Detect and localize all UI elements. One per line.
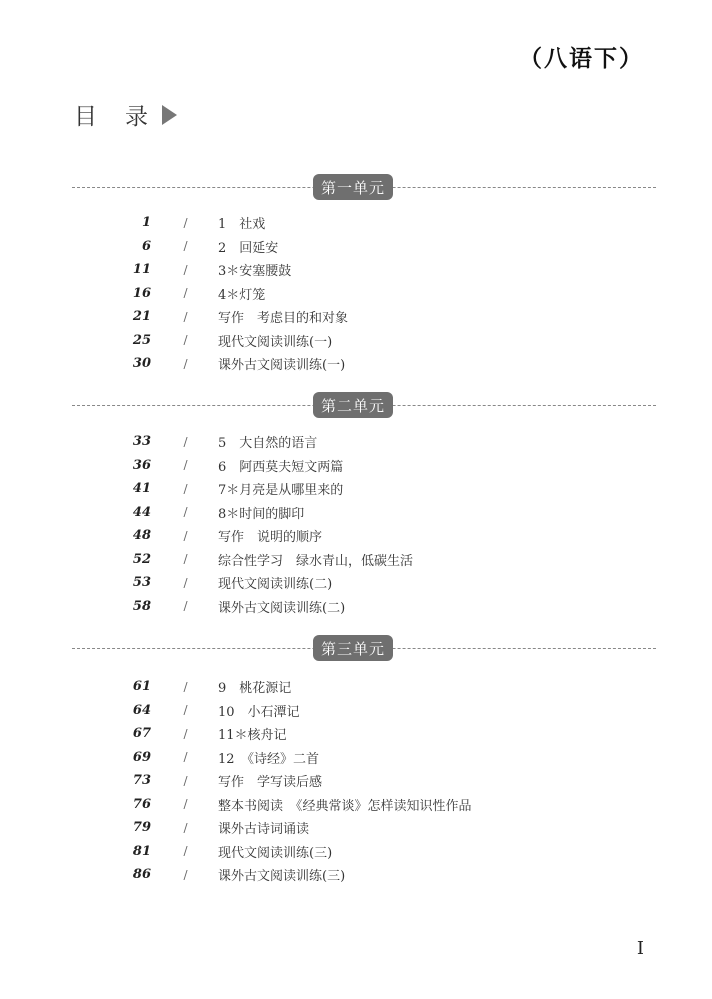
entry-title: 现代文阅读训练(二) bbox=[218, 573, 332, 592]
separator: / bbox=[151, 357, 218, 371]
separator: / bbox=[151, 868, 218, 882]
unit-header-1: 第一单元 bbox=[72, 174, 656, 200]
separator: / bbox=[151, 333, 218, 347]
page-number: 81 bbox=[0, 844, 151, 859]
title-char-2: 录 bbox=[125, 98, 148, 131]
toc-entry[interactable]: 16/4＊灯笼 bbox=[0, 282, 712, 306]
page-number: 41 bbox=[0, 481, 151, 496]
toc-entry[interactable]: 69/12 《诗经》二首 bbox=[0, 746, 712, 770]
page-number: 61 bbox=[0, 679, 151, 694]
entry-title: 10 小石潭记 bbox=[218, 701, 300, 720]
separator: / bbox=[151, 239, 218, 253]
separator: / bbox=[151, 505, 218, 519]
entry-title: 课外古文阅读训练(二) bbox=[218, 597, 345, 616]
page-number: 44 bbox=[0, 505, 151, 520]
entry-title: 写作 考虑目的和对象 bbox=[218, 307, 348, 326]
page-number: 6 bbox=[0, 239, 151, 254]
page-number: 79 bbox=[0, 820, 151, 835]
separator: / bbox=[151, 750, 218, 764]
separator: / bbox=[151, 680, 218, 694]
unit-header-2: 第二单元 bbox=[72, 392, 656, 418]
unit-1-entries: 1/1 社戏 6/2 回延安 11/3＊安塞腰鼓 16/4＊灯笼 21/写作 考… bbox=[0, 211, 712, 376]
page-number: 76 bbox=[0, 797, 151, 812]
unit-badge: 第一单元 bbox=[313, 174, 393, 200]
entry-title: 7＊月亮是从哪里来的 bbox=[218, 479, 343, 498]
page-number: 48 bbox=[0, 528, 151, 543]
page-number: 1 bbox=[0, 215, 151, 230]
separator: / bbox=[151, 263, 218, 277]
page-number: 16 bbox=[0, 286, 151, 301]
toc-entry[interactable]: 86/课外古文阅读训练(三) bbox=[0, 863, 712, 887]
separator: / bbox=[151, 599, 218, 613]
toc-entry[interactable]: 11/3＊安塞腰鼓 bbox=[0, 258, 712, 282]
separator: / bbox=[151, 797, 218, 811]
separator: / bbox=[151, 844, 218, 858]
toc-entry[interactable]: 33/5 大自然的语言 bbox=[0, 430, 712, 454]
title-char-1: 目 bbox=[74, 98, 97, 131]
page-number: 73 bbox=[0, 773, 151, 788]
entry-title: 5 大自然的语言 bbox=[218, 432, 317, 451]
toc-entry[interactable]: 21/写作 考虑目的和对象 bbox=[0, 305, 712, 329]
entry-title: 1 社戏 bbox=[218, 213, 265, 232]
entry-title: 综合性学习 绿水青山，低碳生活 bbox=[218, 550, 413, 569]
separator: / bbox=[151, 703, 218, 717]
toc-entry[interactable]: 64/10 小石潭记 bbox=[0, 699, 712, 723]
separator: / bbox=[151, 552, 218, 566]
page-number: 21 bbox=[0, 309, 151, 324]
separator: / bbox=[151, 576, 218, 590]
entry-title: 现代文阅读训练(一) bbox=[218, 331, 332, 350]
entry-title: 整本书阅读 《经典常谈》怎样读知识性作品 bbox=[218, 795, 472, 814]
page-number: 52 bbox=[0, 552, 151, 567]
separator: / bbox=[151, 435, 218, 449]
toc-entry[interactable]: 1/1 社戏 bbox=[0, 211, 712, 235]
toc-entry[interactable]: 53/现代文阅读训练(二) bbox=[0, 571, 712, 595]
unit-badge: 第三单元 bbox=[313, 635, 393, 661]
toc-entry[interactable]: 73/写作 学写读后感 bbox=[0, 769, 712, 793]
toc-entry[interactable]: 48/写作 说明的顺序 bbox=[0, 524, 712, 548]
toc-entry[interactable]: 76/整本书阅读 《经典常谈》怎样读知识性作品 bbox=[0, 793, 712, 817]
separator: / bbox=[151, 458, 218, 472]
unit-3-entries: 61/9 桃花源记 64/10 小石潭记 67/11＊核舟记 69/12 《诗经… bbox=[0, 675, 712, 887]
page-number: 53 bbox=[0, 575, 151, 590]
entry-title: 3＊安塞腰鼓 bbox=[218, 260, 291, 279]
separator: / bbox=[151, 821, 218, 835]
entry-title: 现代文阅读训练(三) bbox=[218, 842, 332, 861]
entry-title: 9 桃花源记 bbox=[218, 677, 291, 696]
toc-entry[interactable]: 36/6 阿西莫夫短文两篇 bbox=[0, 454, 712, 478]
toc-entry[interactable]: 58/课外古文阅读训练(二) bbox=[0, 595, 712, 619]
page-number: 25 bbox=[0, 333, 151, 348]
page-number: 58 bbox=[0, 599, 151, 614]
page-title: 目 录 bbox=[74, 98, 177, 131]
toc-entry[interactable]: 81/现代文阅读训练(三) bbox=[0, 840, 712, 864]
entry-title: 2 回延安 bbox=[218, 237, 278, 256]
page-number: 11 bbox=[0, 262, 151, 277]
entry-title: 4＊灯笼 bbox=[218, 284, 265, 303]
page-number: 30 bbox=[0, 356, 151, 371]
entry-title: 12 《诗经》二首 bbox=[218, 748, 319, 767]
separator: / bbox=[151, 774, 218, 788]
toc-entry[interactable]: 25/现代文阅读训练(一) bbox=[0, 329, 712, 353]
toc-entry[interactable]: 30/课外古文阅读训练(一) bbox=[0, 352, 712, 376]
page-folio: I bbox=[637, 938, 644, 959]
entry-title: 写作 说明的顺序 bbox=[218, 526, 322, 545]
triangle-right-icon bbox=[162, 105, 177, 125]
separator: / bbox=[151, 529, 218, 543]
page-number: 69 bbox=[0, 750, 151, 765]
entry-title: 6 阿西莫夫短文两篇 bbox=[218, 456, 343, 475]
toc-entry[interactable]: 67/11＊核舟记 bbox=[0, 722, 712, 746]
toc-entry[interactable]: 61/9 桃花源记 bbox=[0, 675, 712, 699]
toc-entry[interactable]: 79/课外古诗词诵读 bbox=[0, 816, 712, 840]
toc-entry[interactable]: 52/综合性学习 绿水青山，低碳生活 bbox=[0, 548, 712, 572]
entry-title: 写作 学写读后感 bbox=[218, 771, 322, 790]
page-number: 33 bbox=[0, 434, 151, 449]
separator: / bbox=[151, 482, 218, 496]
entry-title: 8＊时间的脚印 bbox=[218, 503, 304, 522]
unit-badge: 第二单元 bbox=[313, 392, 393, 418]
unit-header-3: 第三单元 bbox=[72, 635, 656, 661]
entry-title: 课外古文阅读训练(一) bbox=[218, 354, 345, 373]
entry-title: 11＊核舟记 bbox=[218, 724, 287, 743]
grade-label: （八语下） bbox=[519, 40, 644, 73]
page-number: 86 bbox=[0, 867, 151, 882]
separator: / bbox=[151, 727, 218, 741]
unit-2-entries: 33/5 大自然的语言 36/6 阿西莫夫短文两篇 41/7＊月亮是从哪里来的 … bbox=[0, 430, 712, 618]
page-number: 67 bbox=[0, 726, 151, 741]
entry-title: 课外古文阅读训练(三) bbox=[218, 865, 345, 884]
entry-title: 课外古诗词诵读 bbox=[218, 818, 309, 837]
separator: / bbox=[151, 286, 218, 300]
page-number: 36 bbox=[0, 458, 151, 473]
toc-entry[interactable]: 44/8＊时间的脚印 bbox=[0, 501, 712, 525]
separator: / bbox=[151, 216, 218, 230]
toc-entry[interactable]: 41/7＊月亮是从哪里来的 bbox=[0, 477, 712, 501]
page-number: 64 bbox=[0, 703, 151, 718]
separator: / bbox=[151, 310, 218, 324]
toc-entry[interactable]: 6/2 回延安 bbox=[0, 235, 712, 259]
